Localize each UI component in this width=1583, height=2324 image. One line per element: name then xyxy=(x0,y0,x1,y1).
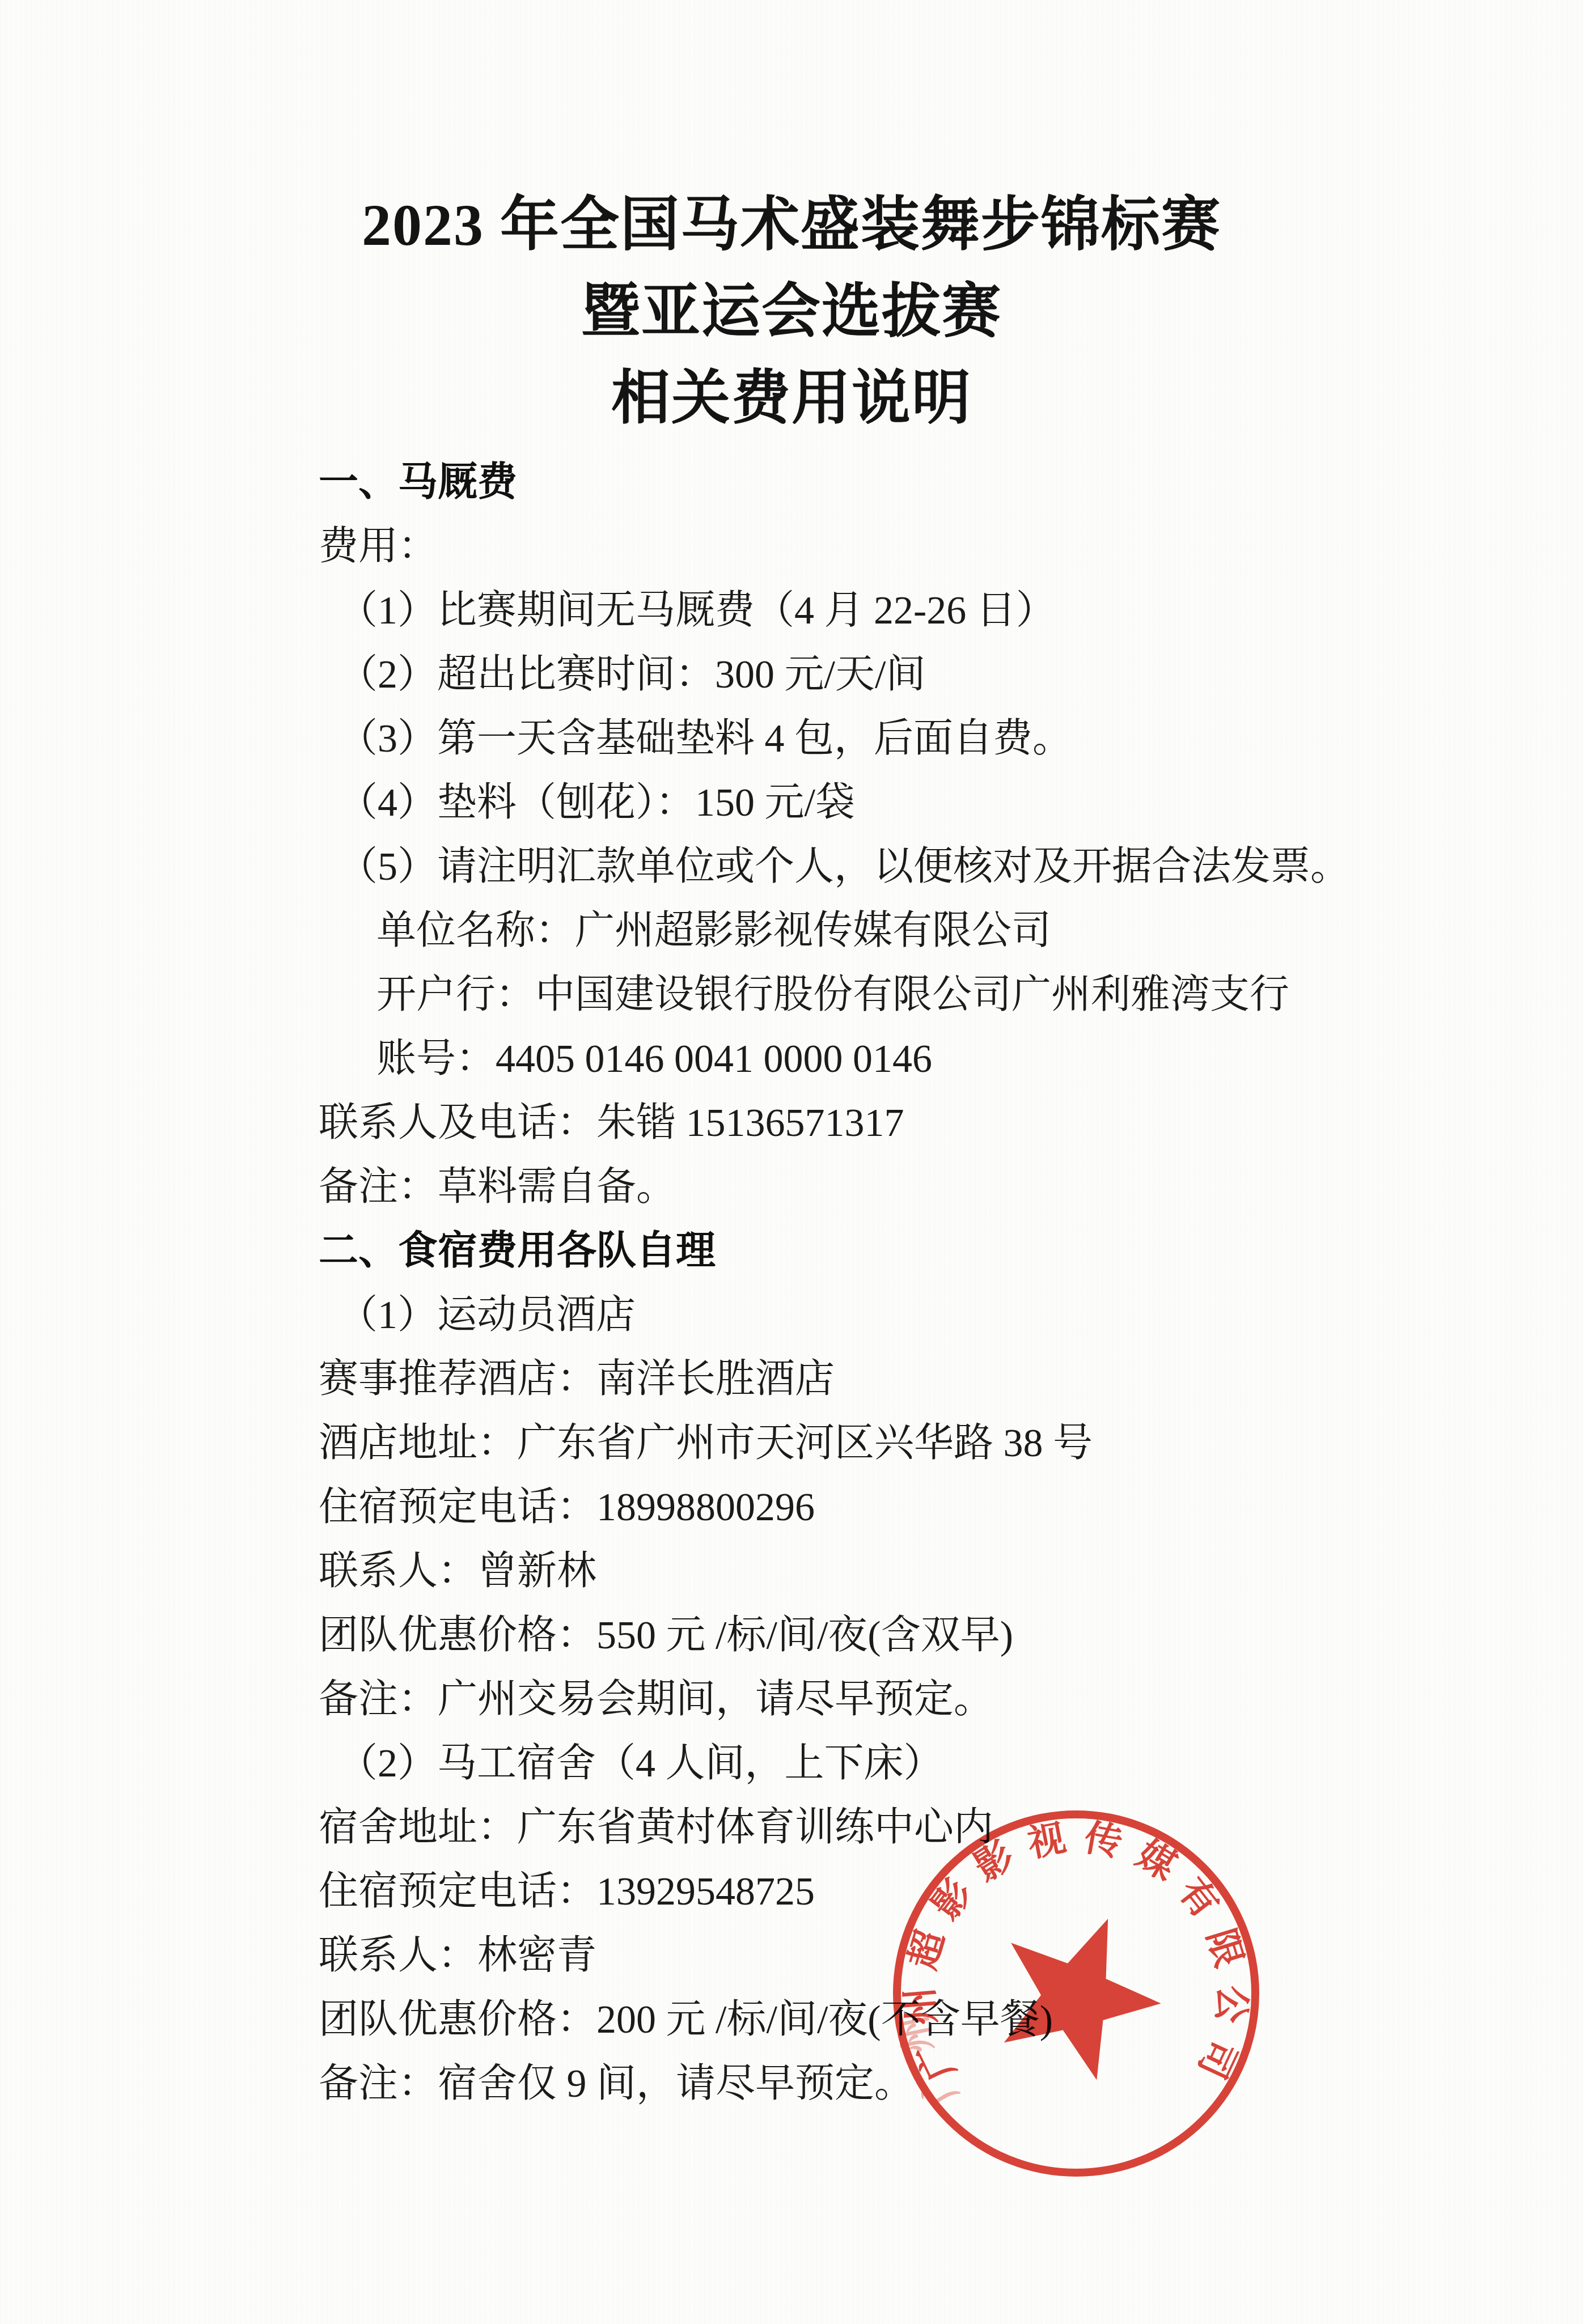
hotel-contact: 联系人：曾新林 xyxy=(0,1540,1583,1604)
section1-note: 备注：草料需自备。 xyxy=(0,1155,1583,1219)
dorm-note: 备注：宿舍仅 9 间，请尽早预定。 xyxy=(0,2052,1583,2116)
hotel-address: 酒店地址：广东省广州市天河区兴华路 38 号 xyxy=(0,1411,1583,1475)
document-title: 2023 年全国马术盛装舞步锦标赛 暨亚运会选拔赛 相关费用说明 xyxy=(0,182,1583,442)
section1-heading: 一、马厩费 xyxy=(0,451,1583,515)
section1-contact: 联系人及电话：朱锴 15136571317 xyxy=(0,1091,1583,1155)
hotel-recommended: 赛事推荐酒店：南洋长胜酒店 xyxy=(0,1347,1583,1411)
dorm-price: 团队优惠价格：200 元 /标/间/夜(不含早餐) xyxy=(0,1988,1583,2052)
title-line-3: 相关费用说明 xyxy=(0,355,1583,442)
dorm-address: 宿舍地址：广东省黄村体育训练中心内 xyxy=(0,1796,1583,1860)
title-line-2: 暨亚运会选拔赛 xyxy=(0,269,1583,355)
hotel-item-label: （1）运动员酒店 xyxy=(0,1283,1583,1347)
dorm-phone: 住宿预定电话：13929548725 xyxy=(0,1860,1583,1924)
section1-item-1: （1）比赛期间无马厩费（4 月 22-26 日） xyxy=(0,579,1583,643)
title-line-1: 2023 年全国马术盛装舞步锦标赛 xyxy=(0,182,1583,269)
dorm-contact: 联系人：林密青 xyxy=(0,1924,1583,1988)
section1-fee-label: 费用： xyxy=(0,515,1583,579)
document-body: 一、马厩费 费用： （1）比赛期间无马厩费（4 月 22-26 日） （2）超出… xyxy=(0,451,1583,2116)
payee-unit-name: 单位名称：广州超影影视传媒有限公司 xyxy=(0,899,1583,963)
dorm-item-label: （2）马工宿舍（4 人间，上下床） xyxy=(0,1732,1583,1796)
hotel-phone: 住宿预定电话：18998800296 xyxy=(0,1475,1583,1540)
section1-item-2: （2）超出比赛时间：300 元/天/间 xyxy=(0,643,1583,707)
payee-bank: 开户行：中国建设银行股份有限公司广州利雅湾支行 xyxy=(0,963,1583,1027)
payee-account: 账号：4405 0146 0041 0000 0146 xyxy=(0,1027,1583,1091)
section1-item-3: （3）第一天含基础垫料 4 包，后面自费。 xyxy=(0,707,1583,771)
section1-item-4: （4）垫料（刨花）：150 元/袋 xyxy=(0,771,1583,835)
section1-item-5: （5）请注明汇款单位或个人，以便核对及开据合法发票。 xyxy=(0,835,1583,899)
section2-heading: 二、食宿费用各队自理 xyxy=(0,1219,1583,1283)
hotel-price: 团队优惠价格：550 元 /标/间/夜(含双早) xyxy=(0,1604,1583,1668)
hotel-note: 备注：广州交易会期间，请尽早预定。 xyxy=(0,1668,1583,1732)
document-page: 2023 年全国马术盛装舞步锦标赛 暨亚运会选拔赛 相关费用说明 一、马厩费 费… xyxy=(0,0,1583,2324)
